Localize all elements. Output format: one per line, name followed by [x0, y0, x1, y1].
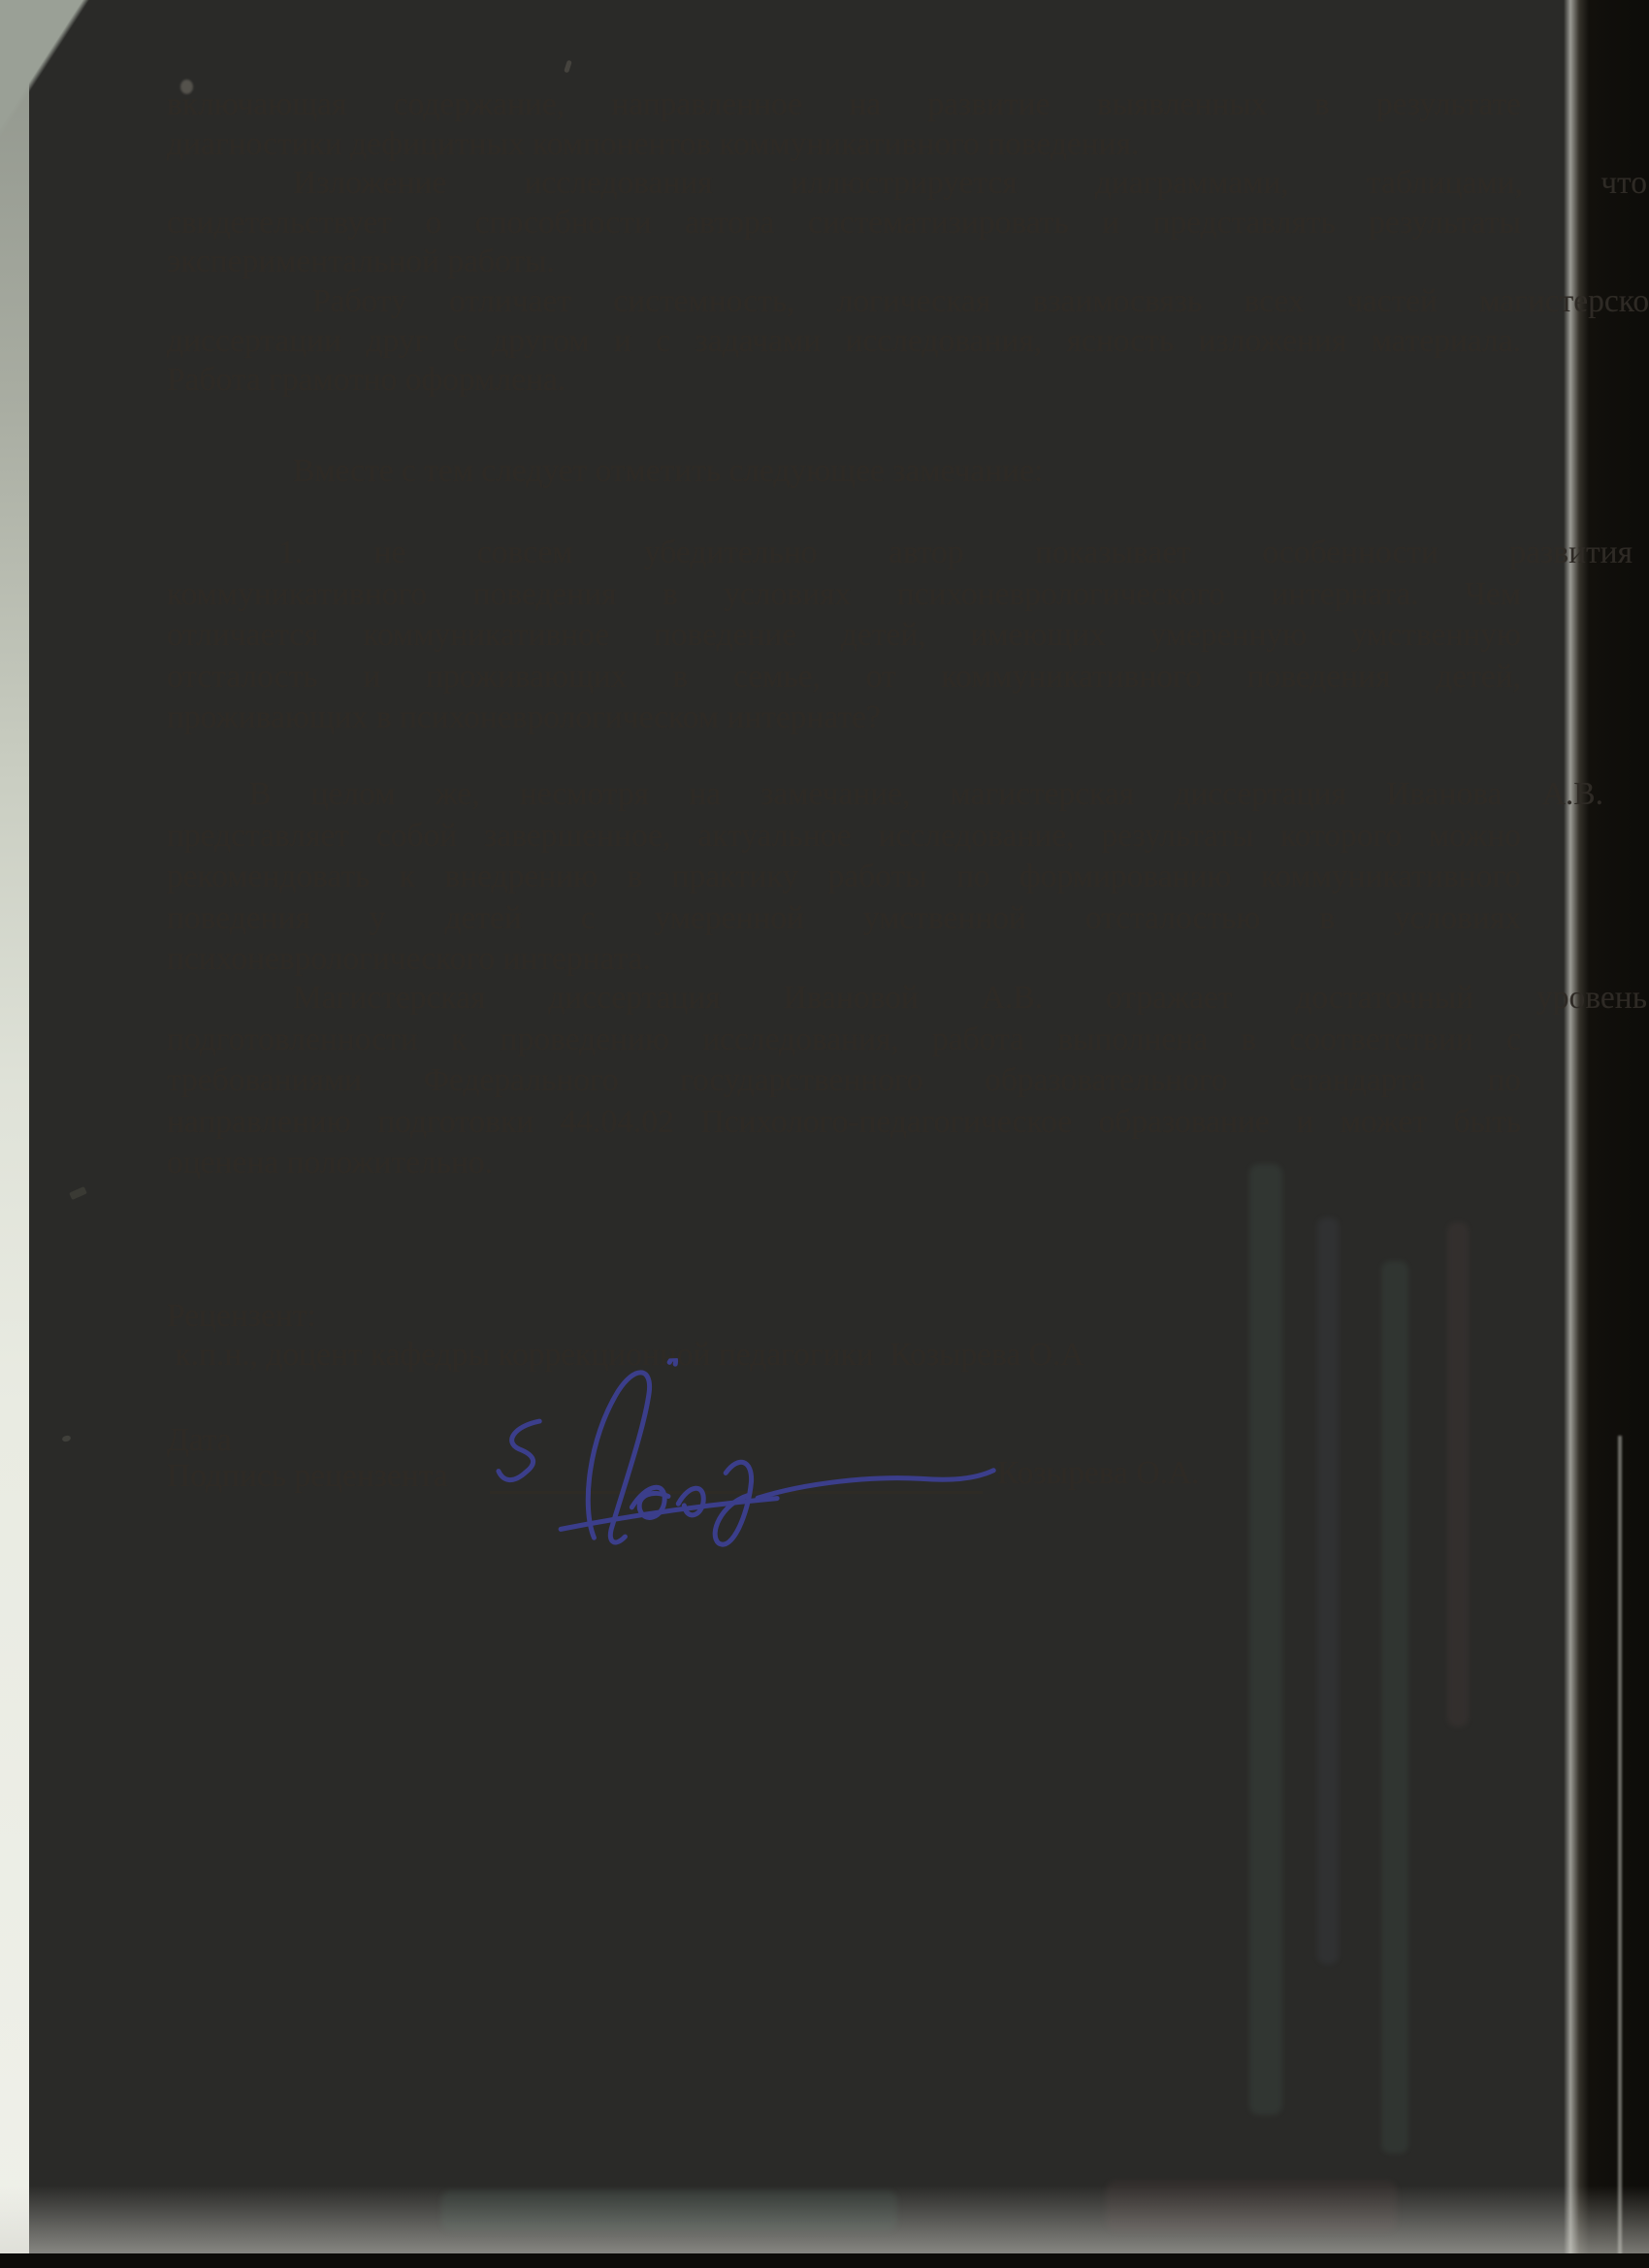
text-line: Изложение исследования иллюстрируется ди… [167, 164, 1647, 204]
paragraph: В целом же, несмотря на замечание, магис… [167, 774, 1521, 981]
text-line: требованиями Федерального государственно… [167, 1060, 1521, 1102]
paragraph: Работу отличает системность, логическая … [167, 282, 1521, 401]
paragraph: Вместе с тем следует отметить следующее … [167, 452, 1521, 492]
paragraph: Магистерская диссертация Ивановой А.В. о… [167, 978, 1521, 1184]
signature-label: Подпись рецензента [167, 1458, 448, 1495]
text-line: подготовленности к проведению исследован… [167, 1020, 1521, 1061]
text-line: проживающих в психоневрологическом интер… [167, 697, 1521, 739]
scanned-page: включающая содержание, направленное на р… [0, 0, 1649, 2268]
text-line: поведения у детей с умеренной умственной… [167, 898, 1521, 940]
paragraph: Изложение исследования иллюстрируется ди… [167, 164, 1521, 282]
text-line: 1. не совсем убедительно автор показывае… [167, 533, 1633, 574]
text-line: свидетельствует о способности автора сис… [167, 204, 1521, 243]
text-line: психоневрологического интерната. [167, 939, 1521, 981]
date-label: Дата [167, 1422, 232, 1459]
text-line: В целом же, несмотря на замечание, магис… [167, 774, 1603, 816]
text-line: направлению подготовки 44.04.02 Психолог… [167, 1102, 1521, 1144]
text-line: диссертации друг с другом и с задачами и… [167, 322, 1521, 362]
text-line: Работа грамотно оформлена. [167, 361, 1521, 401]
signature-tail [757, 1471, 994, 1499]
paragraph: включающая содержание, направленное на р… [167, 85, 1521, 164]
signature-pre-zigzag [497, 1421, 541, 1480]
signature-tick [669, 1358, 676, 1364]
text-line: диагностики дефицитных компонентов комму… [167, 125, 1521, 165]
signature-ink [462, 1346, 1013, 1588]
text-line: включающая содержание, направленное на р… [167, 85, 1521, 125]
text-line: экспериментальной работы. [167, 243, 1521, 282]
text-line: Работу отличает системность, логическая … [167, 282, 1649, 322]
signature-name: Козырева О.А. [997, 1455, 1200, 1492]
paragraph: 1. не совсем убедительно автор показывае… [167, 533, 1521, 739]
text-line: Магистерская диссертация Ивановой А.В. о… [167, 978, 1647, 1020]
text-line: представляет собой завершенное, актуальн… [167, 816, 1521, 858]
text-line: коммуникативного поведения в условиях пс… [167, 574, 1521, 616]
text-line: отличается коммуникативное поведение дет… [167, 615, 1521, 657]
reviewer-label: Рецензент: [167, 1298, 316, 1335]
document-text: включающая содержание, направленное на р… [0, 0, 1649, 2268]
text-line: Вместе с тем следует отметить следующее … [167, 452, 1647, 492]
text-line: оценена положительно. [167, 1143, 1521, 1184]
text-line: рекомендовать к внедрению в практику раб… [167, 857, 1521, 898]
text-line: отсталость и проживающих в семье, от ком… [167, 657, 1521, 698]
